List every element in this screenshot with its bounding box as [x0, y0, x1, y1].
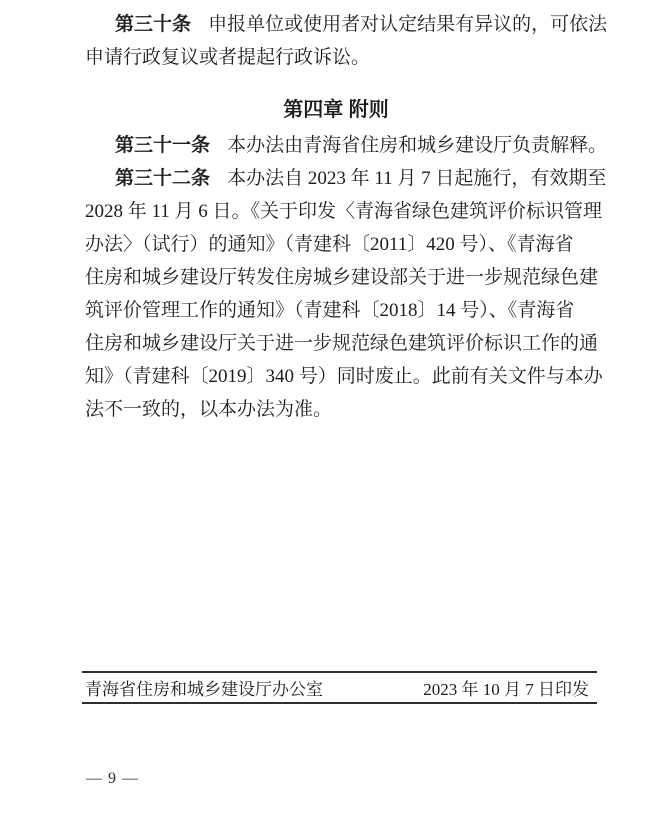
article-32-line-7: 知》（青建科〔2019〕340 号）同时废止。此前有关文件与本办 — [85, 360, 587, 393]
article-32-line-5: 筑评价管理工作的通知》（青建科〔2018〕14 号）、《青海省 — [85, 294, 587, 327]
document-body: 第三十条申报单位或使用者对认定结果有异议的，可依法 申请行政复议或者提起行政诉讼… — [85, 8, 587, 426]
article-31-text-1: 本办法由青海省住房和城乡建设厅负责解释。 — [227, 135, 607, 156]
print-date: 2023 年 10 月 7 日印发 — [423, 675, 589, 700]
page-number: — 9 — — [86, 770, 139, 788]
article-32-line-1: 第三十二条本办法自 2023 年 11 月 7 日起施行，有效期至 — [85, 162, 587, 195]
article-30-line-1: 第三十条申报单位或使用者对认定结果有异议的，可依法 — [85, 8, 587, 41]
article-32-line-2: 2028 年 11 月 6 日。《关于印发〈青海省绿色建筑评价标识管理 — [85, 195, 587, 228]
article-31-line-1: 第三十一条本办法由青海省住房和城乡建设厅负责解释。 — [85, 129, 587, 162]
article-32-line-4: 住房和城乡建设厅转发住房城乡建设部关于进一步规范绿色建 — [85, 261, 587, 294]
article-32-line-6: 住房和城乡建设厅关于进一步规范绿色建筑评价标识工作的通 — [85, 327, 587, 360]
issuing-office: 青海省住房和城乡建设厅办公室 — [85, 675, 323, 700]
footer-rule-bottom — [82, 702, 597, 704]
article-31-label: 第三十一条 — [115, 135, 210, 156]
article-32-line-3: 办法〉（试行）的通知》（青建科〔2011〕420 号）、《青海省 — [85, 228, 587, 261]
article-30-text-1: 申报单位或使用者对认定结果有异议的，可依法 — [208, 14, 607, 35]
article-30-line-2: 申请行政复议或者提起行政诉讼。 — [85, 41, 587, 74]
article-30-label: 第三十条 — [115, 14, 191, 35]
chapter-4-heading: 第四章 附则 — [85, 94, 587, 127]
article-32-text-1: 本办法自 2023 年 11 月 7 日起施行，有效期至 — [227, 168, 606, 189]
document-page: 第三十条申报单位或使用者对认定结果有异议的，可依法 申请行政复议或者提起行政诉讼… — [0, 0, 670, 838]
article-32-label: 第三十二条 — [115, 168, 210, 189]
document-footer: 青海省住房和城乡建设厅办公室 2023 年 10 月 7 日印发 — [82, 673, 597, 702]
article-32-line-8: 法不一致的，以本办法为准。 — [85, 393, 587, 426]
